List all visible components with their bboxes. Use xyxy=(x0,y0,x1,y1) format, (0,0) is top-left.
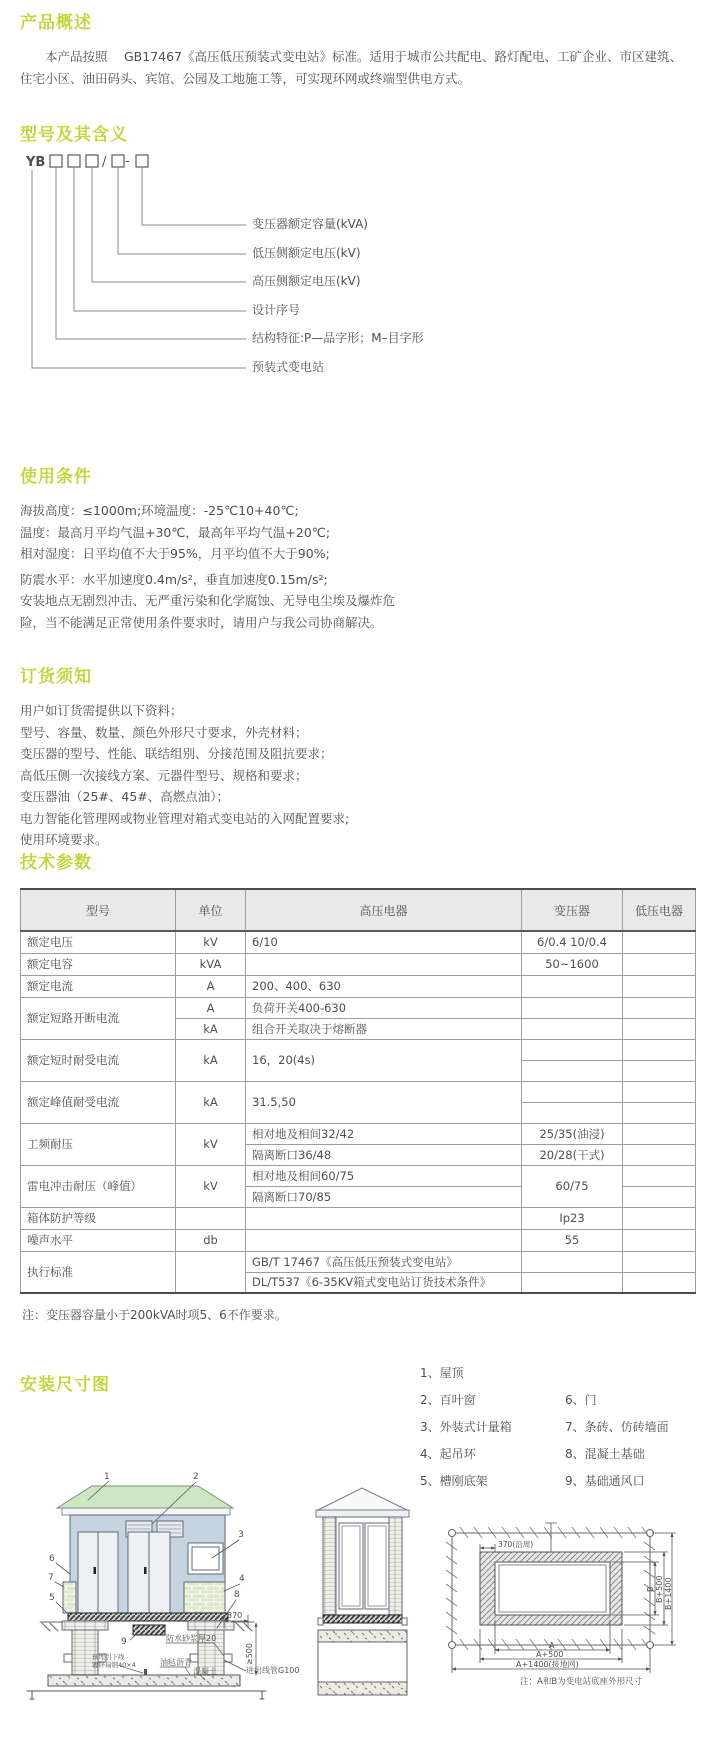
row-transformer xyxy=(522,1272,623,1293)
side-base xyxy=(323,1615,402,1623)
row-lv xyxy=(623,1186,696,1207)
model-label-design: 设计序号 xyxy=(252,302,300,317)
overview-title: 产品概述 xyxy=(20,8,92,33)
row-name: 额定短时耐受电流 xyxy=(21,1039,176,1081)
front-elevation-drawing: 1 2 3 4 5 6 7 8 9 370 ≥500 防水砂浆厚20 油毡沥青 … xyxy=(27,1472,299,1699)
row-hv xyxy=(246,953,522,975)
foundation-opening xyxy=(495,1562,610,1615)
model-label-capacity: 变压器额定容量(kVA) xyxy=(252,216,368,231)
ordering-title: 订货须知 xyxy=(20,662,92,687)
ordering-line: 变压器油（25#、45#、高燃点油）； xyxy=(20,786,349,808)
row-transformer xyxy=(522,1039,623,1060)
callout-8: 8 xyxy=(234,1590,240,1600)
dim-370: 370 xyxy=(227,1611,242,1620)
side-elevation-drawing xyxy=(316,1488,409,1695)
row-hv: 相对地及相间32/42 xyxy=(246,1123,522,1144)
callout-4: 4 xyxy=(239,1574,245,1584)
side-tab-left xyxy=(318,1618,323,1625)
side-foundation-top xyxy=(318,1630,407,1642)
col-header-lv: 低压电器 xyxy=(623,889,696,931)
conditions-body: 海拔高度：≤1000m;环境温度：-25℃10+40℃; 温度：最高月平均气温+… xyxy=(20,500,395,633)
row-lv xyxy=(623,1251,696,1272)
ordering-line: 高低压侧一次接线方案、元器件型号、规格和要求； xyxy=(20,765,349,787)
side-foundation-body xyxy=(318,1642,407,1682)
row-transformer: 20/28(干式) xyxy=(522,1144,623,1165)
model-dash: - xyxy=(125,154,130,169)
side-brick-left xyxy=(323,1517,336,1615)
dim-around: 370(沿周) xyxy=(498,1540,533,1549)
ordering-body: 用户如订货需提供以下资料； 型号、容量、数量、颜色外形尺寸要求，外壳材料； 变压… xyxy=(20,700,349,851)
row-hv: 隔离断口36/48 xyxy=(246,1144,522,1165)
roof xyxy=(57,1486,233,1508)
row-unit: kVA xyxy=(176,953,246,975)
row-transformer xyxy=(522,997,623,1018)
row-lv xyxy=(623,1207,696,1229)
side-fascia xyxy=(316,1510,409,1517)
table-row: 执行标准 GB/T 17467《高压低压预装式变电站》 xyxy=(21,1251,696,1272)
table-row: 额定电压 kV 6/10 6/0.4 10/0.4 xyxy=(21,931,696,953)
table-row: 额定短路开断电流 A 负荷开关400-630 xyxy=(21,997,696,1018)
row-hv: 负荷开关400-630 xyxy=(246,997,522,1018)
col-header-transformer: 变压器 xyxy=(522,889,623,931)
row-lv xyxy=(623,1060,696,1081)
legend-item: 6、门 xyxy=(565,1387,669,1414)
condition-line: 温度：最高月平均气温+30℃，最高年平均气温+20℃; xyxy=(20,522,395,544)
label-waterproof: 防水砂浆厚20 xyxy=(166,1633,216,1643)
row-unit: kA xyxy=(176,1018,246,1039)
row-unit: kA xyxy=(176,1039,246,1081)
row-name: 额定峰值耐受电流 xyxy=(21,1081,176,1123)
metering-box-window xyxy=(188,1543,223,1574)
row-lv xyxy=(623,1102,696,1123)
row-lv xyxy=(623,953,696,975)
row-lv xyxy=(623,997,696,1018)
model-diagram: YB / - 变压器额定容量(kVA) 低压侧额定电压(kV) 高压侧额定电压(… xyxy=(20,150,689,416)
row-unit xyxy=(176,1251,246,1293)
table-row: 额定电容 kVA 50~1600 xyxy=(21,953,696,975)
row-transformer: 60/75 xyxy=(522,1165,623,1207)
row-unit: kA xyxy=(176,1081,246,1123)
table-row: 额定短时耐受电流 kA 16，20(4s) xyxy=(21,1039,696,1060)
model-label-hv: 高压侧额定电压(kV) xyxy=(252,273,361,288)
model-boxes xyxy=(50,155,148,167)
model-label-lv: 低压侧额定电压(kV) xyxy=(252,245,361,260)
row-name: 额定电流 xyxy=(21,975,176,997)
conditions-title: 使用条件 xyxy=(20,462,92,487)
row-name: 噪声水平 xyxy=(21,1229,176,1251)
legend-item: 1、屋顶 xyxy=(420,1360,512,1387)
table-row: 箱体防护等级 Ip23 xyxy=(21,1207,696,1229)
row-lv xyxy=(623,1018,696,1039)
condition-line: 防震水平：水平加速度0.4m/s²，垂直加速度0.15m/s²; xyxy=(20,569,395,591)
row-name: 额定电容 xyxy=(21,953,176,975)
row-lv xyxy=(623,1165,696,1186)
row-transformer xyxy=(522,1251,623,1272)
callout-5: 5 xyxy=(49,1593,55,1603)
dim-a: A xyxy=(549,1641,555,1650)
condition-line: 海拔高度：≤1000m;环境温度：-25℃10+40℃; xyxy=(20,500,395,522)
spec-note: 注：变压器容量小于200kVA时项5、6不作要求。 xyxy=(22,1306,287,1323)
model-leader-lines xyxy=(32,167,246,368)
page: { "page": {"accent": "#c2d334", "text_co… xyxy=(0,0,709,1744)
ordering-line: 用户如订货需提供以下资料； xyxy=(20,700,349,722)
row-transformer xyxy=(522,1060,623,1081)
callout-1: 1 xyxy=(104,1472,110,1482)
row-lv xyxy=(623,1144,696,1165)
label-asphalt: 油毡沥青 xyxy=(160,1657,192,1667)
table-row: 额定电流 A 200、400、630 xyxy=(21,975,696,997)
model-label-station: 预装式变电站 xyxy=(252,359,324,374)
spec-header-row: 型号 单位 高压电器 变压器 低压电器 xyxy=(21,889,696,931)
door-handle xyxy=(94,1567,97,1574)
row-transformer: 25/35(油浸) xyxy=(522,1123,623,1144)
row-hv: 16，20(4s) xyxy=(246,1039,522,1081)
dim-b500: B+500 xyxy=(655,1576,664,1603)
callout-3: 3 xyxy=(238,1530,244,1540)
row-name: 雷电冲击耐压（峰值） xyxy=(21,1165,176,1207)
condition-line: 险，当不能满足正常使用条件要求时，请用户与我公司协商解决。 xyxy=(20,612,395,634)
callout-7: 7 xyxy=(48,1573,54,1583)
row-lv xyxy=(623,1081,696,1102)
row-hv: 隔离断口70/85 xyxy=(246,1186,522,1207)
dim-around-lines xyxy=(480,1544,495,1552)
side-tab-right xyxy=(402,1618,407,1625)
table-row: 额定峰值耐受电流 kA 31.5,50 xyxy=(21,1081,696,1102)
callout-6: 6 xyxy=(49,1554,55,1564)
row-name: 额定电压 xyxy=(21,931,176,953)
legend-item: 3、外装式计量箱 xyxy=(420,1414,512,1441)
foundation-plan-drawing: 370(沿周) A A+500 A+1400(接地网) B B+500 B+14… xyxy=(446,1523,676,1687)
callout-2: 2 xyxy=(193,1472,199,1482)
legend-item: 8、混凝土基础 xyxy=(565,1441,669,1468)
row-transformer xyxy=(522,975,623,997)
table-row: 工频耐压 kV 相对地及相间32/42 25/35(油浸) xyxy=(21,1123,696,1144)
row-lv xyxy=(623,975,696,997)
channel-base xyxy=(68,1613,228,1621)
side-brick-right xyxy=(389,1517,402,1615)
row-hv: 6/10 xyxy=(246,931,522,953)
row-transformer xyxy=(522,1018,623,1039)
row-unit xyxy=(176,1207,246,1229)
row-transformer: Ip23 xyxy=(522,1207,623,1229)
model-prefix: YB xyxy=(25,155,45,170)
row-hv: 200、400、630 xyxy=(246,975,522,997)
col-header-hv: 高压电器 xyxy=(246,889,522,931)
row-transformer xyxy=(522,1102,623,1123)
door-handle xyxy=(144,1567,147,1574)
table-row: 噪声水平 db 55 xyxy=(21,1229,696,1251)
row-hv xyxy=(246,1229,522,1251)
row-name: 执行标准 xyxy=(21,1251,176,1293)
ordering-line: 变压器的型号、性能、联结组别、分接范围及阻抗要求； xyxy=(20,743,349,765)
ordering-line: 型号、容量、数量、颜色外形尺寸要求，外壳材料； xyxy=(20,722,349,744)
row-transformer: 50~1600 xyxy=(522,953,623,975)
model-label-structure: 结构特征:P—品字形；M–目字形 xyxy=(252,330,424,345)
col-header-unit: 单位 xyxy=(176,889,246,931)
condition-line: 相对湿度：日平均值不大于95%，月平均值不大于90%; xyxy=(20,543,395,565)
row-hv: DL/T537《6-35KV箱式变电站订货技术条件》 xyxy=(246,1272,522,1293)
earthing-pin xyxy=(144,1669,147,1675)
side-roof xyxy=(318,1488,407,1510)
brick-wainscot xyxy=(184,1582,225,1613)
legend-item: 2、百叶窗 xyxy=(420,1387,512,1414)
condition-line: 安装地点无剧烈冲击、无严重污染和化学腐蚀、无导电尘埃及爆炸危 xyxy=(20,590,395,612)
row-unit: kV xyxy=(176,1165,246,1207)
side-foundation-bottom xyxy=(318,1682,407,1695)
row-hv: 组合开关取决于熔断器 xyxy=(246,1018,522,1039)
row-name: 工频耐压 xyxy=(21,1123,176,1165)
plan-note: 注：A和B为变电站底座外形尺寸 xyxy=(520,1676,643,1687)
row-hv: GB/T 17467《高压低压预装式变电站》 xyxy=(246,1251,522,1272)
concrete-footing xyxy=(48,1675,240,1686)
label-embed-2: 镀锌扁钢40×4 xyxy=(92,1660,136,1669)
legend-item: 7、条砖、仿砖墙面 xyxy=(565,1414,669,1441)
label-concrete: 混凝土 xyxy=(193,1666,217,1676)
install-title: 安装尺寸图 xyxy=(20,1370,110,1395)
row-lv xyxy=(623,931,696,953)
specs-title: 技术参数 xyxy=(20,848,92,873)
row-lv xyxy=(623,1123,696,1144)
row-unit: kV xyxy=(176,1123,246,1165)
row-unit: A xyxy=(176,997,246,1018)
overview-body: 本产品按照 GB17467《高压低压预装式变电站》标准。适用于城市公共配电、路灯… xyxy=(20,46,686,90)
brick-corner xyxy=(63,1582,76,1613)
ordering-line: 电力智能化管理网或物业管理对箱式变电站的入网配置要求; xyxy=(20,808,349,830)
ground-line xyxy=(27,1691,266,1699)
dim-a1400: A+1400(接地网) xyxy=(516,1659,579,1669)
row-name: 箱体防护等级 xyxy=(21,1207,176,1229)
row-hv: 相对地及相间60/75 xyxy=(246,1165,522,1186)
table-row: 雷电冲击耐压（峰值） kV 相对地及相间60/75 60/75 xyxy=(21,1165,696,1186)
row-hv: 31.5,50 xyxy=(246,1081,522,1123)
dim-b: B xyxy=(646,1587,655,1593)
dim-a500: A+500 xyxy=(536,1650,563,1659)
row-lv xyxy=(623,1039,696,1060)
row-unit: A xyxy=(176,975,246,997)
label-conduit: 进出线管G100 xyxy=(246,1665,299,1675)
row-lv xyxy=(623,1272,696,1293)
install-drawings: 1 2 3 4 5 6 7 8 9 370 ≥500 防水砂浆厚20 油毡沥青 … xyxy=(0,1470,709,1744)
model-slash: / xyxy=(102,155,107,170)
row-unit: kV xyxy=(176,931,246,953)
dim-500: ≥500 xyxy=(245,1643,254,1665)
plan-top-leader xyxy=(545,1523,557,1552)
row-lv xyxy=(623,1229,696,1251)
legend-item: 4、起吊环 xyxy=(420,1441,512,1468)
callout-9: 9 xyxy=(121,1637,127,1647)
roof-fascia xyxy=(62,1508,230,1515)
model-title: 型号及其含义 xyxy=(20,120,128,145)
spec-table: 型号 单位 高压电器 变压器 低压电器 额定电压 kV 6/10 6/0.4 1… xyxy=(20,888,696,1294)
row-unit: db xyxy=(176,1229,246,1251)
col-header-model: 型号 xyxy=(21,889,176,931)
row-transformer xyxy=(522,1081,623,1102)
label-embed-1: 预埋引下线 xyxy=(92,1652,125,1661)
row-transformer: 6/0.4 10/0.4 xyxy=(522,931,623,953)
row-hv xyxy=(246,1207,522,1229)
dim-b1400: B+1400 xyxy=(664,1577,673,1610)
row-transformer: 55 xyxy=(522,1229,623,1251)
row-name: 额定短路开断电流 xyxy=(21,997,176,1039)
